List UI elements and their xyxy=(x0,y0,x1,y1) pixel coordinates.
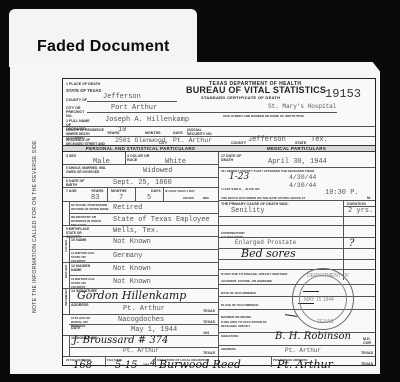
accident-label: ACCIDENT, SUICIDE, OR HOMICIDE xyxy=(221,279,272,283)
informant-signature: Gordon Hillenkamp xyxy=(77,289,186,302)
days-label: DAYS xyxy=(173,131,183,135)
mother-birthplace-value: Not Known xyxy=(113,278,151,286)
occupation-value: Retired xyxy=(113,204,142,212)
occurrence-date-label: DATE OF OCCURRENCE xyxy=(221,291,256,295)
less-than-day-label: IF LESS THAN 1 DAY xyxy=(165,189,195,193)
filing-texas-label: TEXAS xyxy=(361,362,373,366)
informant-address-label: ADDRESS xyxy=(71,303,89,307)
medical-section-band: MEDICAL PARTICULARS xyxy=(218,145,375,152)
death-date-value: April 30, 1944 xyxy=(268,158,327,166)
burial-date-label: DATE xyxy=(71,326,81,330)
personal-section-band: PERSONAL AND STATISTICAL PARTICULARS xyxy=(63,145,218,152)
sex-label: 3 SEX xyxy=(66,154,76,158)
age-days-label: DAYS xyxy=(151,189,161,193)
primary-duration-value: 2 yrs. xyxy=(348,207,373,215)
place-of-death-label: 1 PLACE OF DEATH xyxy=(66,82,100,86)
registrar-signature: Burwood Reed xyxy=(159,358,241,371)
document-label-card: Faded Document xyxy=(9,9,197,67)
residence-city: Pt. Arthur xyxy=(173,137,212,144)
institution-label: GIVE STREET AND NUMBER OR NAME OF INSTIT… xyxy=(223,114,304,118)
seal-bottom-text: TEXAS xyxy=(317,319,333,325)
father-name-label: 10 NAME xyxy=(71,238,87,242)
undertaker-address: Pt. Arthur xyxy=(123,347,159,354)
official-seal: DEPARTMENT OF MAY 15 1944 TEXAS xyxy=(292,268,354,330)
seal-top-text: DEPARTMENT OF xyxy=(307,273,349,279)
mother-maiden-label: 12 MAIDEN NAME xyxy=(71,264,99,272)
years-label: YEARS xyxy=(107,131,119,135)
burial-date-value: May 1, 1944 xyxy=(131,326,177,334)
mother-group-label: MOTHER xyxy=(64,265,68,278)
birthplace-value: Wells, Tex. xyxy=(113,227,159,235)
age-label: 7 AGE xyxy=(66,189,77,193)
county-label: COUNTY OF xyxy=(66,98,87,102)
state-label: STATE OF TEXAS xyxy=(66,89,101,93)
physician-texas-label: TEXAS xyxy=(361,351,373,355)
age-months-label: MONTHS xyxy=(111,189,127,193)
contributory-cause-value: Enlarged Prostate xyxy=(235,239,296,246)
death-time-value: 10:30 P. xyxy=(325,189,359,197)
physician-address: Pt. Arthur xyxy=(285,347,321,354)
file-year-suffix: 194 xyxy=(143,363,149,367)
file-date-value: 5-15 xyxy=(115,360,137,371)
last-saw-value: 4/30/44 xyxy=(289,182,316,189)
father-name-value: Not Known xyxy=(113,238,151,246)
certificate-number: 19153 xyxy=(325,87,361,101)
external-cause-label: IF NOT DUE TO DISEASE, SPECIFY WHETHER xyxy=(221,272,287,276)
relation-label: IF RELATED TO OCCU-PATION OF DECEASED, S… xyxy=(221,320,276,328)
father-group-label: FATHER xyxy=(64,240,68,252)
physician-address-label: ADDRESS xyxy=(221,347,236,351)
undertaker-texas-label: TEXAS xyxy=(203,351,215,355)
physician-signature-label: SIGNATURE xyxy=(221,334,238,338)
occupation-label: 8A TRADE, PROFESSION OR KIND OF WORK DON… xyxy=(71,203,109,211)
document-caption: Faded Document xyxy=(37,38,170,56)
occurrence-place-label: PLACE OF OCCURRENCE xyxy=(221,303,259,307)
undertaker-signature: J. Broussard # 374 xyxy=(73,335,168,346)
city-value: Port Arthur xyxy=(111,104,157,112)
side-note: NOTE THE INFORMATION CALLED FOR ON THE R… xyxy=(32,108,46,346)
age-years-label: YEARS xyxy=(91,189,103,193)
city-label: CITY OR PRECINCT NO. xyxy=(66,106,88,118)
months-label: MONTHS xyxy=(145,131,161,135)
father-birthplace-value: Germany xyxy=(113,252,142,260)
informant-texas-label: TEXAS xyxy=(203,309,215,313)
color-label: 4 COLOR OR RACE xyxy=(127,154,151,162)
full-name-value: Joseph A. Hillenkamp xyxy=(105,116,189,124)
county-value: Jefferson xyxy=(103,93,141,101)
physician-signature: B. H. Robinson xyxy=(275,331,351,342)
death-date-label: 17 DATE OF DEATH xyxy=(221,154,251,162)
bureau-title: BUREAU OF VITAL STATISTICS xyxy=(186,86,326,95)
attended-to-value: 4/30/44 xyxy=(289,174,316,181)
birth-label: 6 DATE OF BIRTH xyxy=(66,179,88,187)
primary-cause-value: Senility xyxy=(231,207,265,215)
burial-place-value: Nacogdoches xyxy=(118,316,164,324)
industry-value: State of Texas Employee xyxy=(113,216,210,224)
file-number-value: 168 xyxy=(73,360,92,371)
marital-label: 5 SINGLE, MARRIED, WID-OWED OR DIVORCED xyxy=(66,166,116,174)
min-label: MIN. xyxy=(203,196,209,200)
residence-state: Tex. xyxy=(311,136,328,144)
institution-value: St. Mary's Hospital xyxy=(268,103,336,110)
mother-maiden-value: Not Known xyxy=(113,265,151,273)
birth-value: Sept. 25, 1860 xyxy=(113,179,172,187)
postoffice-value: Pt. Arthur xyxy=(277,358,333,371)
attended-from-value: 1-23 xyxy=(229,172,249,182)
informant-address: Pt. Arthur xyxy=(123,305,165,313)
residence-county: Jefferson xyxy=(248,136,286,144)
certificate-type: STANDARD CERTIFICATE OF DEATH xyxy=(201,95,280,100)
social-security-label: (SOCIAL SECURITY NO. xyxy=(187,128,217,136)
informant-group-label: INFORMANT xyxy=(64,289,68,306)
manner-label: MANNER OR MEANS xyxy=(221,315,251,319)
hours-label: HOURS xyxy=(183,196,194,200)
marital-value: Widowed xyxy=(143,167,172,175)
seal-date: MAY 15 1944 xyxy=(304,297,334,303)
cause-label: THE PRIMARY CAUSE OF DEATH WAS: xyxy=(221,202,289,206)
last-saw-label: I LAST SAW H__ ALIVE ON xyxy=(221,187,259,191)
